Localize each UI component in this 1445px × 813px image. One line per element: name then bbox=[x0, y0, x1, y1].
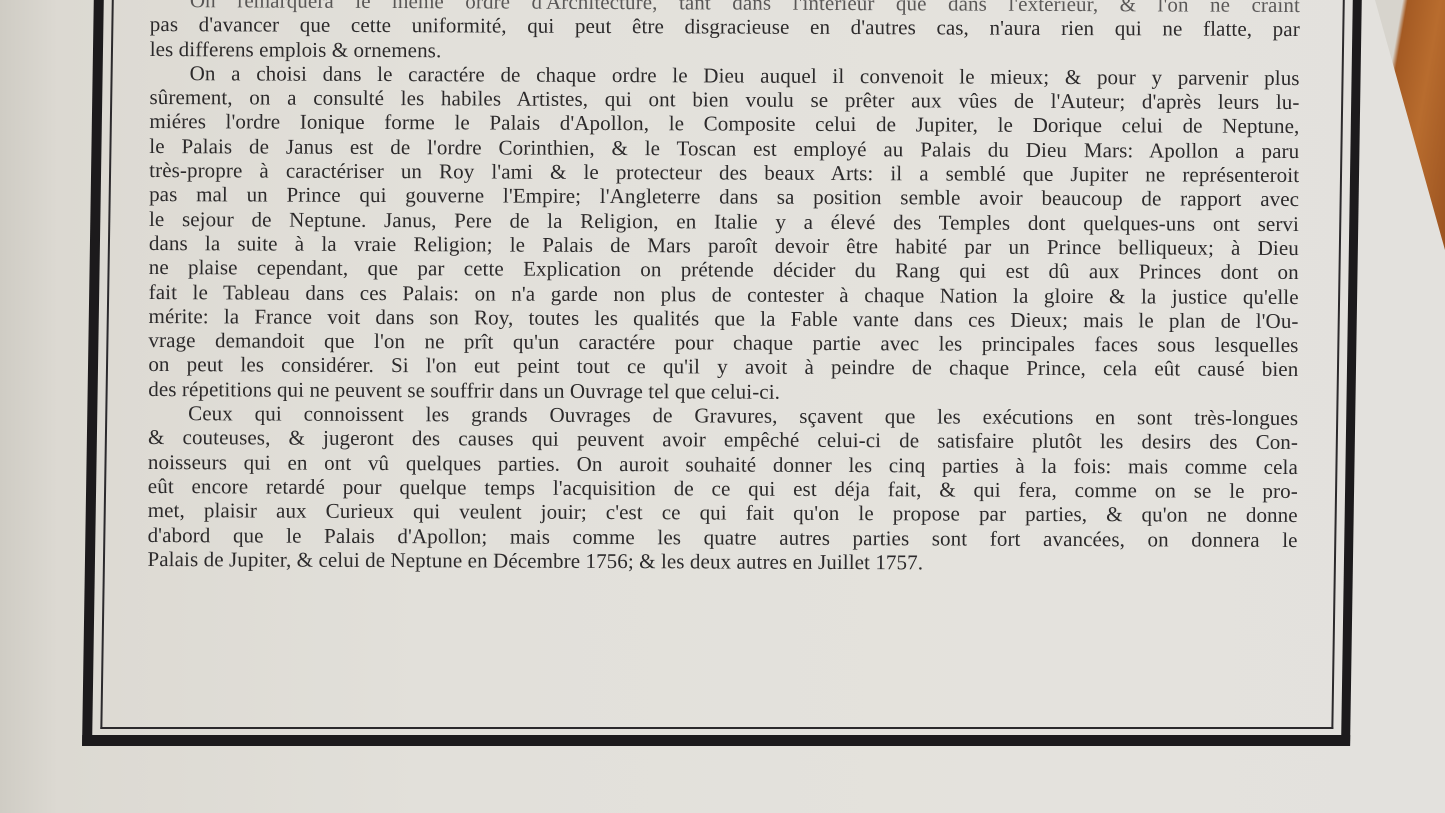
paragraph-ordre-architecture: On remarquera le même ordre d'Architectu… bbox=[150, 0, 1300, 66]
book-page: On remarquera le même ordre d'Architectu… bbox=[0, 0, 1445, 813]
document-body: On remarquera le même ordre d'Architectu… bbox=[147, 0, 1300, 576]
text-line: Palais de Jupiter, & celui de Neptune en… bbox=[147, 547, 1297, 576]
paragraph-choix-des-dieux: On a choisi dans le caractére de chaque … bbox=[148, 61, 1299, 406]
paragraph-gravures-publication: Ceux qui connoissent les grands Ouvrages… bbox=[147, 401, 1298, 576]
